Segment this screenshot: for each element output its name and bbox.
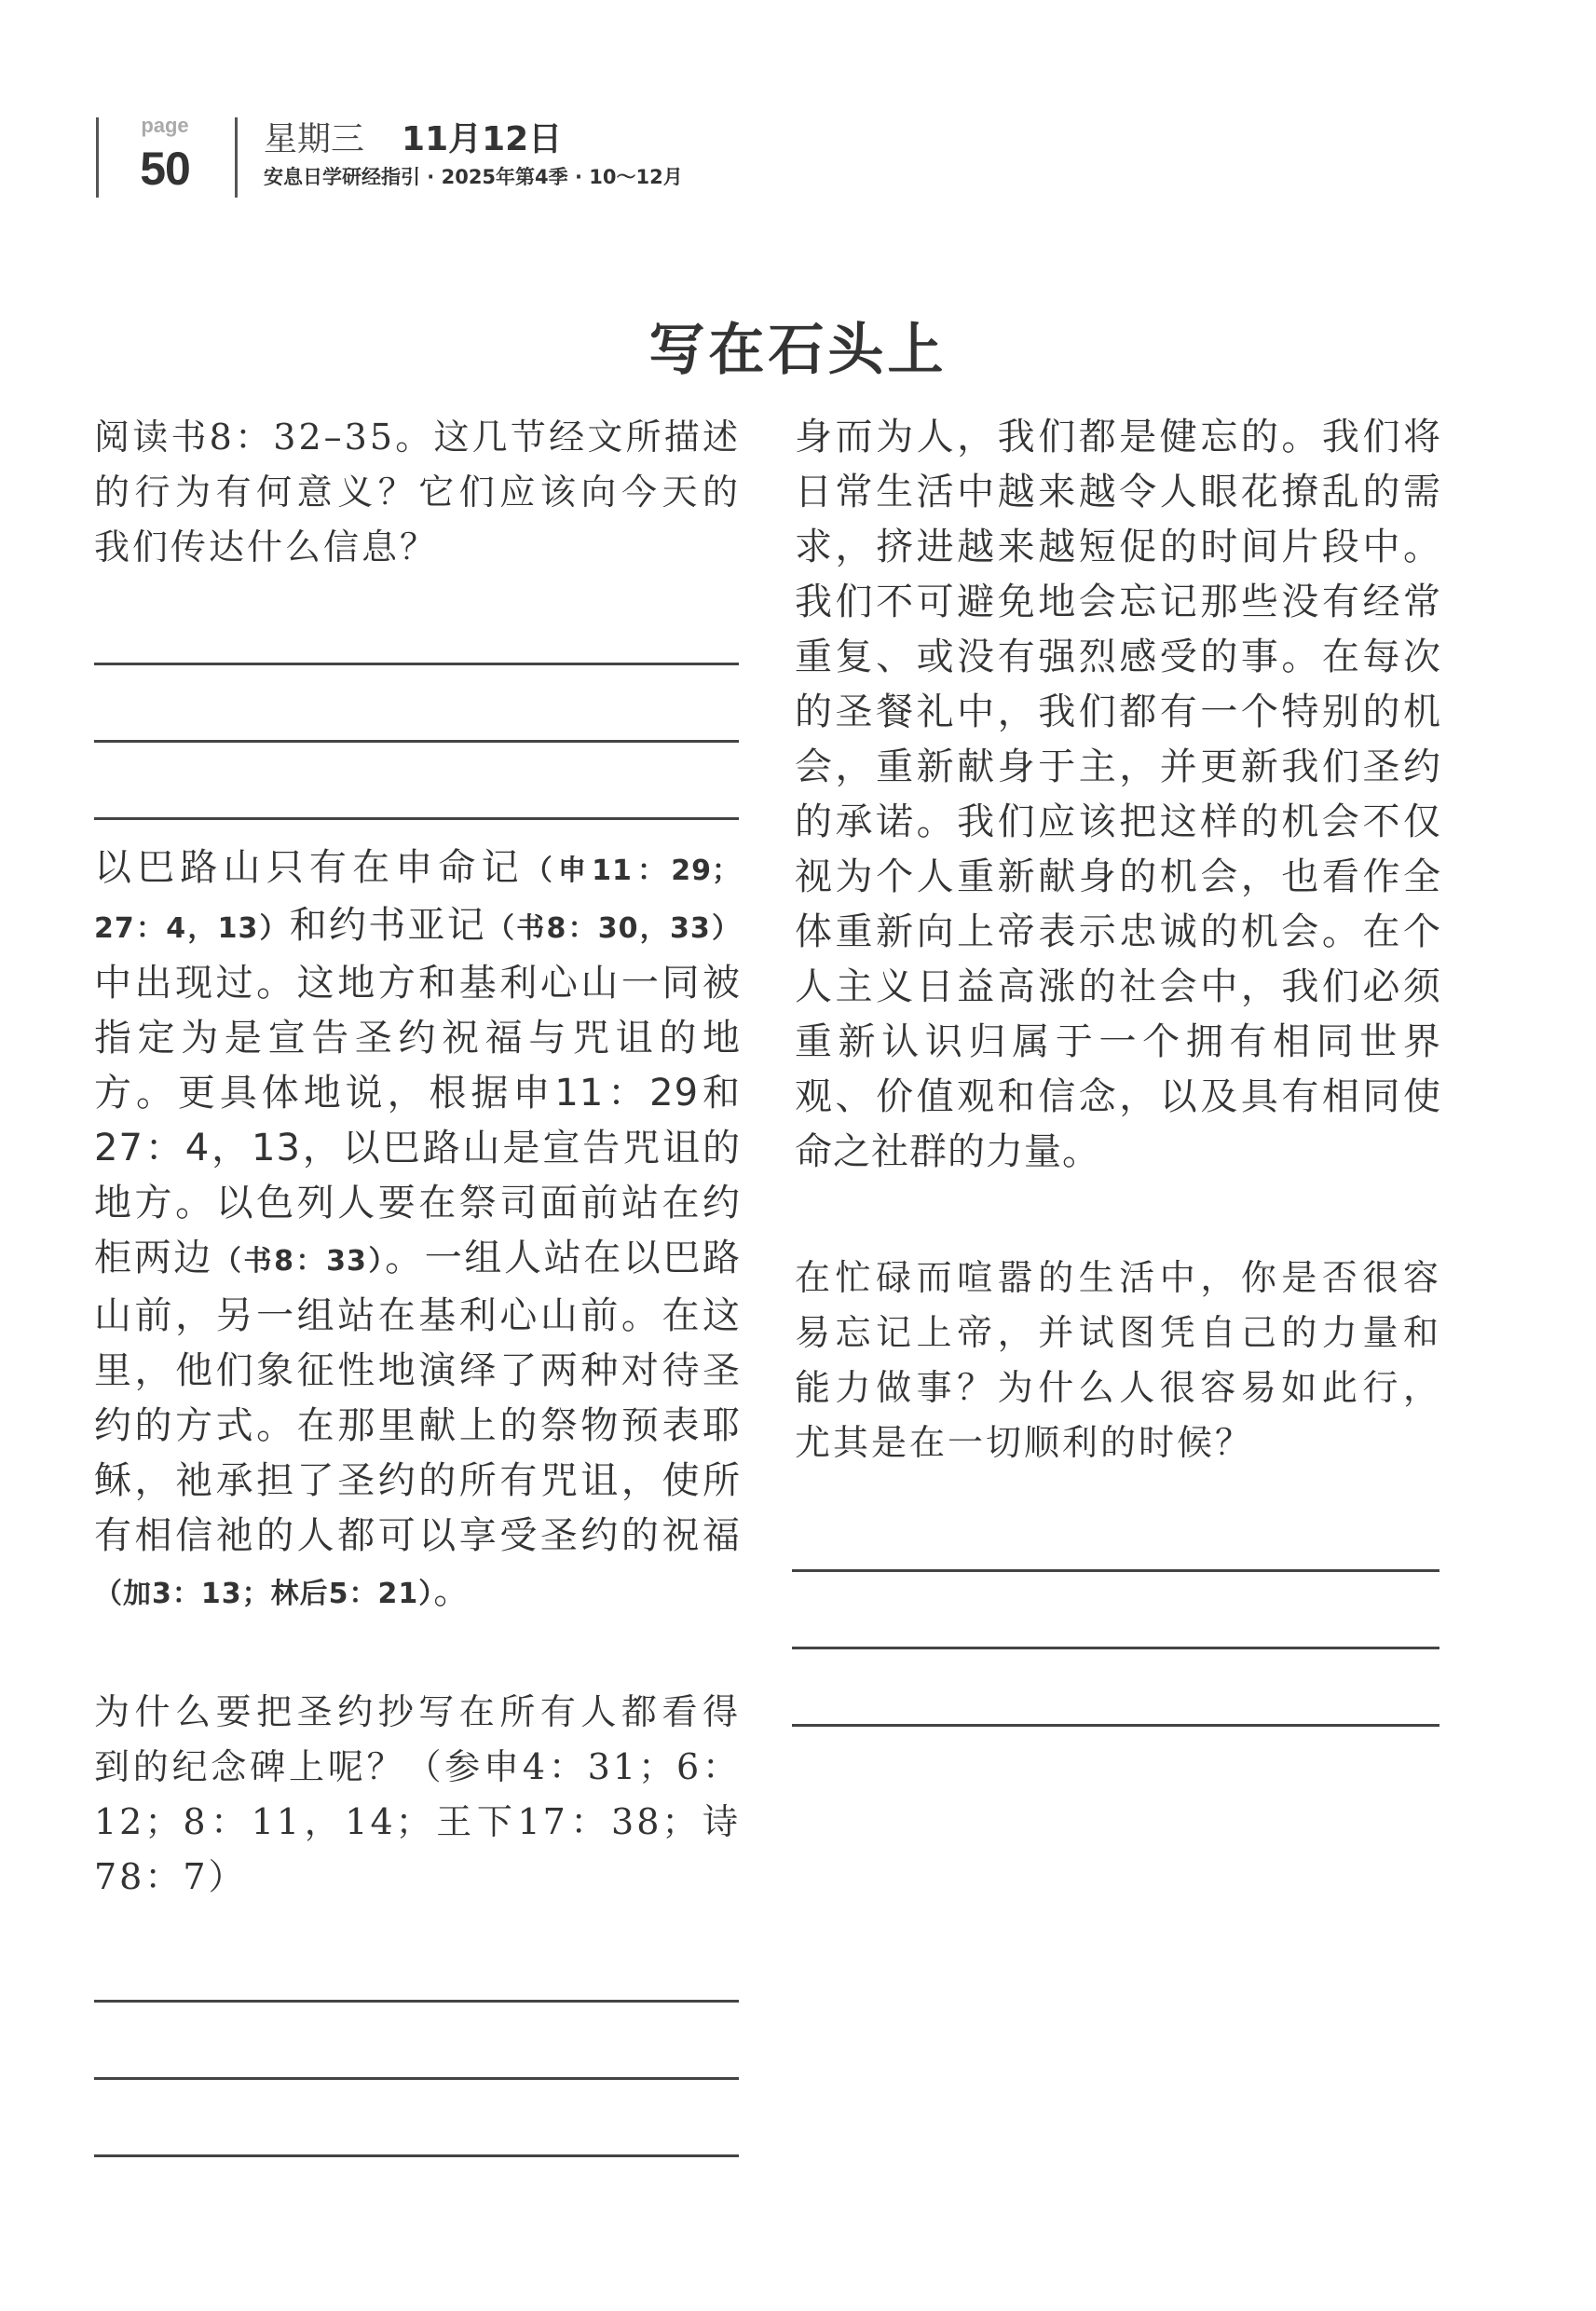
answer-line[interactable]: [792, 1569, 1439, 1572]
publication-subtitle: 安息日学研经指引 · 2025年第4季 · 10～12月: [264, 162, 683, 190]
right-column: 身而为人，我们都是健忘的。我们将日常生活中越来越令人眼花撩乱的需求，挤进越来越短…: [795, 410, 1441, 1180]
scripture-reference: （加3：13；林后5：21）: [94, 1578, 433, 1610]
header-divider-right: [235, 117, 238, 198]
weekday: 星期三: [264, 120, 364, 158]
answer-line[interactable]: [94, 2077, 739, 2080]
body-text: 。一组人站在以巴路山前，另一组站在基利心山前。在这里，他们象征性地演绎了两种对待…: [94, 1237, 741, 1557]
reflection-question: 在忙碌而喧嚣的生活中，你是否很容易忘记上帝，并试图凭自己的力量和能力做事？为什么…: [795, 1251, 1441, 1470]
body-text: 中出现过。这地方和基利心山一同被指定为是宣告圣约祝福与咒诅的地方。更具体地说，根…: [94, 962, 741, 1279]
body-paragraph-left: 以巴路山只有在申命记（申11：29；27：4，13）和约书亚记（书8：30，33…: [94, 841, 741, 1621]
answer-line[interactable]: [94, 740, 739, 743]
body-paragraph-right: 身而为人，我们都是健忘的。我们将日常生活中越来越令人眼花撩乱的需求，挤进越来越短…: [795, 410, 1441, 1180]
answer-line[interactable]: [94, 2000, 739, 2003]
left-column: 阅读书8：32–35。这几节经文所描述的行为有何意义？它们应该向今天的我们传达什…: [94, 410, 741, 575]
lesson-title: 写在石头上: [0, 306, 1596, 386]
answer-line[interactable]: [792, 1647, 1439, 1649]
answer-line[interactable]: [792, 1724, 1439, 1727]
body-text: 以巴路山只有在申命记: [94, 846, 525, 889]
right-question-block: 在忙碌而喧嚣的生活中，你是否很容易忘记上帝，并试图凭自己的力量和能力做事？为什么…: [795, 1251, 1441, 1470]
header-date-line: 星期三11月12日: [264, 121, 562, 158]
date: 11月12日: [402, 120, 562, 158]
page-label: page: [130, 114, 199, 138]
answer-line[interactable]: [94, 817, 739, 820]
body-text: 和约书亚记: [290, 904, 486, 947]
header-divider-left: [96, 117, 99, 198]
page-number: 50: [119, 142, 211, 196]
answer-line[interactable]: [94, 2154, 739, 2157]
scripture-reference: （书8：30，33）: [486, 912, 741, 945]
study-question-2: 为什么要把圣约抄写在所有人都看得到的纪念碑上呢？（参申4：31；6：12；8：1…: [94, 1685, 741, 1905]
body-text: 。: [433, 1569, 471, 1612]
left-body: 以巴路山只有在申命记（申11：29；27：4，13）和约书亚记（书8：30，33…: [94, 841, 741, 1621]
scripture-reference: （书8：33）: [213, 1245, 385, 1278]
left-question-2-block: 为什么要把圣约抄写在所有人都看得到的纪念碑上呢？（参申4：31；6：12；8：1…: [94, 1685, 741, 1905]
study-question-1: 阅读书8：32–35。这几节经文所描述的行为有何意义？它们应该向今天的我们传达什…: [94, 410, 741, 575]
answer-line[interactable]: [94, 663, 739, 665]
